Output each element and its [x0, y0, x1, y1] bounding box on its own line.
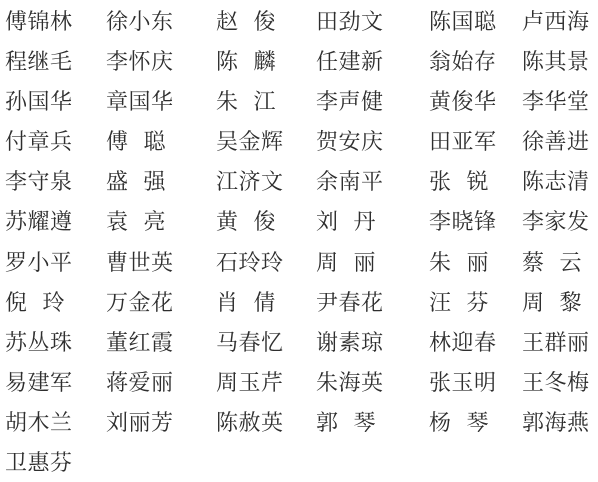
name-cell: 李晓锋 [429, 205, 522, 236]
name-cell: 王群丽 [522, 326, 598, 357]
name-cell: 张玉明 [429, 366, 522, 397]
name-cell: 杨 琴 [429, 406, 522, 437]
name-cell: 任建新 [316, 45, 429, 76]
name-cell: 陈赦英 [216, 406, 316, 437]
name-cell: 倪 玲 [5, 286, 106, 317]
name-cell: 李家发 [522, 205, 598, 236]
name-row: 苏丛珠董红霞马春忆谢素琼林迎春王群丽 [0, 321, 598, 361]
name-cell: 程继毛 [5, 45, 106, 76]
name-cell: 朱 丽 [429, 246, 522, 277]
name-cell: 徐小东 [106, 5, 216, 36]
name-cell: 周 黎 [522, 286, 598, 317]
name-cell: 陈国聪 [429, 5, 522, 36]
name-row: 罗小平曹世英石玲玲周 丽朱 丽蔡 云 [0, 241, 598, 281]
name-cell: 胡木兰 [5, 406, 106, 437]
name-cell: 马春忆 [216, 326, 316, 357]
name-row: 傅锦林徐小东赵 俊田劲文陈国聪卢西海 [0, 0, 598, 40]
name-cell: 朱 江 [216, 85, 316, 116]
name-row: 胡木兰刘丽芳陈赦英郭 琴杨 琴郭海燕 [0, 402, 598, 442]
name-cell: 林迎春 [429, 326, 522, 357]
name-cell: 谢素琼 [316, 326, 429, 357]
name-cell: 蒋爱丽 [106, 366, 216, 397]
name-cell: 孙国华 [5, 85, 106, 116]
name-cell: 尹春花 [316, 286, 429, 317]
name-cell: 黄 俊 [216, 205, 316, 236]
name-cell: 余南平 [316, 165, 429, 196]
name-cell: 汪 芬 [429, 286, 522, 317]
name-cell: 易建军 [5, 366, 106, 397]
name-cell: 张 锐 [429, 165, 522, 196]
name-row: 李守泉盛 强江济文余南平张 锐陈志清 [0, 161, 598, 201]
name-cell: 刘 丹 [316, 205, 429, 236]
name-cell: 罗小平 [5, 246, 106, 277]
name-list-page: 傅锦林徐小东赵 俊田劲文陈国聪卢西海程继毛李怀庆陈 麟任建新翁始存陈其景孙国华章… [0, 0, 598, 482]
name-cell: 傅锦林 [5, 5, 106, 36]
name-cell: 贺安庆 [316, 125, 429, 156]
name-cell: 卫惠芬 [5, 446, 106, 477]
name-cell: 田劲文 [316, 5, 429, 36]
name-cell: 李守泉 [5, 165, 106, 196]
name-cell: 袁 亮 [106, 205, 216, 236]
name-cell: 刘丽芳 [106, 406, 216, 437]
name-cell: 万金花 [106, 286, 216, 317]
name-cell: 石玲玲 [216, 246, 316, 277]
name-cell: 董红霞 [106, 326, 216, 357]
name-cell: 陈志清 [522, 165, 598, 196]
name-cell: 田亚军 [429, 125, 522, 156]
name-row: 程继毛李怀庆陈 麟任建新翁始存陈其景 [0, 40, 598, 80]
name-cell: 周 丽 [316, 246, 429, 277]
name-cell: 吴金辉 [216, 125, 316, 156]
name-cell: 傅 聪 [106, 125, 216, 156]
name-cell: 苏耀遵 [5, 205, 106, 236]
name-cell: 苏丛珠 [5, 326, 106, 357]
name-cell: 曹世英 [106, 246, 216, 277]
name-cell: 李华堂 [522, 85, 598, 116]
name-grid: 傅锦林徐小东赵 俊田劲文陈国聪卢西海程继毛李怀庆陈 麟任建新翁始存陈其景孙国华章… [0, 0, 598, 482]
name-cell: 郭海燕 [522, 406, 598, 437]
name-row: 付章兵傅 聪吴金辉贺安庆田亚军徐善进 [0, 120, 598, 160]
name-cell: 卢西海 [522, 5, 598, 36]
name-cell: 王冬梅 [522, 366, 598, 397]
name-cell: 周玉芹 [216, 366, 316, 397]
name-cell: 盛 强 [106, 165, 216, 196]
name-cell: 翁始存 [429, 45, 522, 76]
name-cell: 赵 俊 [216, 5, 316, 36]
name-row: 易建军蒋爱丽周玉芹朱海英张玉明王冬梅 [0, 361, 598, 401]
name-row: 苏耀遵袁 亮黄 俊刘 丹李晓锋李家发 [0, 201, 598, 241]
name-row: 倪 玲万金花肖 倩尹春花汪 芬周 黎 [0, 281, 598, 321]
name-cell: 陈其景 [522, 45, 598, 76]
name-cell: 徐善进 [522, 125, 598, 156]
name-cell: 李怀庆 [106, 45, 216, 76]
name-cell: 李声健 [316, 85, 429, 116]
name-cell: 江济文 [216, 165, 316, 196]
name-cell: 章国华 [106, 85, 216, 116]
name-row: 孙国华章国华朱 江李声健黄俊华李华堂 [0, 80, 598, 120]
name-cell: 朱海英 [316, 366, 429, 397]
name-cell: 黄俊华 [429, 85, 522, 116]
name-cell: 肖 倩 [216, 286, 316, 317]
name-row: 卫惠芬 [0, 442, 598, 482]
name-cell: 陈 麟 [216, 45, 316, 76]
name-cell: 郭 琴 [316, 406, 429, 437]
name-cell: 付章兵 [5, 125, 106, 156]
name-cell: 蔡 云 [522, 246, 598, 277]
